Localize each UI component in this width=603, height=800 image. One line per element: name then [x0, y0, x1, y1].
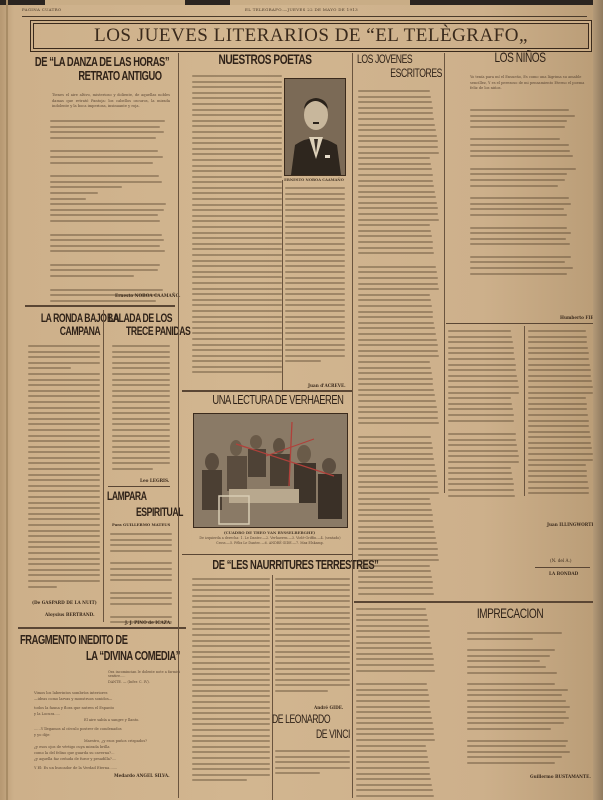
text-line — [358, 442, 432, 444]
text-line — [358, 542, 437, 544]
divider-fragmento — [18, 627, 186, 629]
jovenes-title-1: LOS JOVENES — [357, 53, 418, 65]
text-line — [358, 570, 431, 572]
text-line — [356, 658, 434, 660]
text-line — [358, 180, 433, 182]
text-line — [358, 576, 432, 578]
text-line — [358, 112, 433, 114]
text-line — [356, 625, 429, 627]
text-line — [448, 352, 514, 354]
text-line — [358, 96, 431, 98]
running-title: EL TELEGRAFO.—JUEVES 22 DE MAYO DE 1913 — [22, 7, 581, 12]
text-line — [528, 341, 587, 343]
text-line — [358, 146, 438, 148]
text-line — [358, 417, 438, 419]
text-line — [448, 403, 512, 405]
text-line — [358, 394, 435, 396]
danza-body-lines — [50, 120, 170, 305]
text-line — [528, 431, 590, 433]
divider-ninos — [446, 323, 596, 324]
lampara-title-1: LAMPARA — [107, 490, 157, 502]
article-danza: DE “LA DANZA DE LAS HORAS” RETRATO ANTIG… — [30, 55, 175, 82]
text-line — [356, 739, 435, 741]
article-vermaeren: UNA LECTURA DE VERHAEREN — [190, 393, 350, 406]
fold-line — [6, 0, 8, 800]
scan-top-border — [0, 0, 603, 5]
text-line — [358, 481, 438, 483]
text-line — [448, 461, 519, 463]
text-line — [528, 492, 589, 494]
text-line — [358, 565, 430, 567]
ninos-title: LOS NIÑOS — [470, 50, 571, 64]
leonardo-title-1: DE LEONARDO — [272, 713, 330, 725]
text-line — [448, 375, 517, 377]
nourritures-body-lines-2 — [275, 578, 350, 695]
divider-col1 — [25, 305, 175, 307]
text-line — [448, 341, 513, 343]
text-line — [358, 378, 433, 380]
col-divider-1 — [178, 53, 179, 798]
text-line — [358, 389, 434, 391]
text-line — [448, 472, 512, 474]
text-line — [358, 422, 439, 424]
ronda-byline: (De GASPARD DE LA NUIT) — [32, 600, 97, 605]
lampara-dedication: Para GUILLERMO MATEUS — [112, 522, 170, 527]
text-line — [528, 392, 593, 394]
text-line — [358, 344, 438, 346]
text-line — [358, 464, 435, 466]
ronda-author: Aloysius BERTRAND. — [45, 612, 95, 617]
article-imprecacion: IMPRECACION — [440, 606, 580, 620]
col-divider-2 — [352, 53, 353, 798]
text-line — [358, 252, 434, 254]
fragmento-epigraph-source: DANTE. — (Infer. C. IV). — [108, 680, 180, 686]
sidebar-note: (N. del A.) — [550, 558, 572, 563]
text-line — [448, 450, 518, 452]
text-line — [358, 157, 430, 159]
text-line — [528, 470, 587, 472]
text-line — [358, 436, 431, 438]
col-divider-nourritures — [272, 575, 273, 800]
lampara-body-lines — [110, 533, 172, 632]
text-line — [358, 107, 433, 109]
fragmento-verses: Vimos los laberintos sombríos interiores… — [34, 690, 184, 771]
article-nourritures: DE “LES NAURRITURES TERRESTRES” — [190, 558, 350, 571]
text-line — [356, 750, 427, 752]
text-line — [358, 458, 434, 460]
text-line — [448, 483, 514, 485]
text-line — [356, 642, 431, 644]
text-line — [528, 403, 587, 405]
article-poetas: NUESTROS POETAS — [190, 52, 340, 66]
text-line — [358, 339, 437, 341]
text-line — [358, 350, 438, 352]
text-line — [356, 689, 428, 691]
text-line — [356, 728, 434, 730]
text-line — [358, 503, 431, 505]
text-line — [448, 433, 516, 435]
poetas-body-lines-2 — [285, 187, 345, 366]
text-line — [358, 135, 437, 137]
text-line — [358, 559, 439, 561]
poetas-title: NUESTROS POETAS — [211, 52, 319, 66]
text-line — [528, 336, 587, 338]
text-line — [356, 717, 432, 719]
sidebar-author-1: Juan ILLINGWORTH — [547, 522, 595, 527]
fragmento-title-2: LA “DIVINA COMEDIA” — [65, 649, 180, 662]
fragmento-title-1: FRAGMENTO INEDITO DE — [20, 633, 142, 646]
text-line — [356, 733, 434, 735]
text-line — [528, 464, 586, 466]
text-line — [448, 420, 514, 422]
reading-scene-icon — [194, 414, 347, 527]
text-line — [358, 140, 438, 142]
text-line — [356, 711, 431, 713]
text-line — [358, 470, 436, 472]
divider-imprecacion — [354, 601, 594, 603]
text-line — [448, 489, 514, 491]
text-line — [358, 191, 435, 193]
divider-bondad — [535, 567, 590, 568]
text-line — [358, 531, 435, 533]
text-line — [358, 277, 438, 279]
text-line — [356, 670, 435, 672]
text-line — [448, 444, 517, 446]
text-line — [358, 406, 437, 408]
text-line — [358, 124, 435, 126]
text-line — [448, 455, 519, 457]
vermaeren-caption-title: (CUADRO DE THEO VAN RYSSELBERGHE) — [193, 530, 346, 535]
text-line — [448, 336, 512, 338]
author-portrait-photo — [284, 78, 346, 176]
col4-body-lines-a — [448, 330, 520, 500]
text-line — [358, 213, 438, 215]
text-line — [528, 352, 589, 354]
text-line — [358, 383, 433, 385]
vermaeren-caption-text: De izquierda a derecha: 1. Le Dantec.—2.… — [195, 536, 345, 546]
text-line — [356, 653, 433, 655]
text-line — [358, 235, 432, 237]
text-line — [358, 537, 436, 539]
portrait-caption: ERNESTO NOBOA CAAMAÑO — [283, 178, 345, 182]
text-line — [358, 101, 432, 103]
text-line — [356, 694, 429, 696]
text-line — [448, 380, 518, 382]
text-line — [448, 369, 516, 371]
text-line — [448, 414, 514, 416]
text-line — [358, 163, 431, 165]
masthead-title: LOS JUEVES LITERARIOS DE “EL TELÈGRAFO„ — [94, 25, 528, 47]
text-line — [356, 647, 432, 649]
text-line — [448, 392, 519, 394]
balada-body-lines — [112, 345, 170, 474]
text-line — [528, 358, 589, 360]
text-line — [528, 347, 588, 349]
text-line — [528, 414, 588, 416]
text-line — [358, 224, 430, 226]
lampara-author: J. J. PINO de ICAZA. — [125, 620, 172, 625]
text-line — [356, 608, 426, 610]
col-divider-3 — [444, 53, 445, 493]
text-line — [528, 330, 586, 332]
text-line — [358, 174, 433, 176]
text-line — [358, 581, 433, 583]
text-line — [448, 478, 513, 480]
text-line — [358, 587, 433, 589]
leonardo-title-2: DE VINCI — [294, 728, 350, 740]
divider-nourritures — [182, 554, 352, 555]
article-lampara: LAMPARA ESPIRITUAL — [107, 490, 177, 518]
text-line — [358, 230, 431, 232]
text-line — [358, 311, 433, 313]
text-line — [358, 548, 438, 550]
text-line — [358, 453, 433, 455]
vermaeren-title: UNA LECTURA DE VERHAEREN — [212, 393, 327, 406]
text-line — [528, 380, 592, 382]
text-line — [358, 207, 438, 209]
text-line — [528, 475, 587, 477]
poetas-author: Juan d'ACREVE. — [308, 383, 346, 388]
nourritures-author: André GIDE. — [314, 705, 343, 710]
text-line — [528, 364, 590, 366]
text-line — [358, 514, 433, 516]
text-line — [356, 683, 427, 685]
text-line — [356, 630, 430, 632]
text-line — [358, 247, 433, 249]
text-line — [356, 756, 428, 758]
text-line — [358, 520, 433, 522]
balada-title-2: TRECE PANIDAS — [126, 325, 175, 337]
text-line — [358, 202, 437, 204]
article-ninos: LOS NIÑOS — [450, 50, 590, 64]
text-line — [356, 700, 430, 702]
text-line — [356, 722, 433, 724]
text-line — [528, 442, 591, 444]
text-line — [448, 439, 516, 441]
text-line — [528, 397, 586, 399]
col3-lower-lines — [356, 608, 436, 800]
imprecacion-author: Guillermo BUSTAMANTE. — [530, 774, 591, 779]
text-line — [358, 196, 436, 198]
col-divider-poetas — [282, 180, 283, 390]
text-line — [448, 358, 515, 360]
text-line — [358, 168, 432, 170]
danza-title-2: RETRATO ANTIGUO — [48, 69, 192, 82]
col-divider-4 — [524, 326, 525, 496]
text-line — [358, 152, 439, 154]
text-line — [358, 327, 435, 329]
text-line — [358, 283, 438, 285]
text-line — [358, 271, 437, 273]
col-divider-ronda — [103, 310, 104, 622]
text-line — [358, 294, 430, 296]
running-header: PAGINA CUATRO EL TELEGRAFO.—JUEVES 22 DE… — [22, 7, 581, 15]
text-line — [358, 593, 434, 595]
text-line — [358, 305, 432, 307]
danza-excerpt: Tienes el aire altivo, misterioso y doli… — [52, 93, 170, 110]
text-line — [358, 486, 438, 488]
text-line — [358, 400, 436, 402]
text-line — [356, 706, 430, 708]
text-line — [358, 118, 434, 120]
text-line — [528, 425, 589, 427]
jovenes-title-2: ESCRITORES — [381, 67, 442, 79]
text-line — [356, 761, 429, 763]
text-line — [528, 408, 587, 410]
text-line — [448, 386, 519, 388]
text-line — [448, 408, 513, 410]
text-line — [358, 498, 430, 500]
text-line — [358, 475, 437, 477]
text-line — [528, 436, 591, 438]
text-line — [356, 789, 433, 791]
text-line — [358, 554, 438, 556]
jovenes-body-lines — [358, 90, 440, 598]
verse-line: Y El: Es un buscador de la Verdad Eterna… — [34, 765, 184, 771]
col4-body-lines-b — [528, 330, 594, 498]
lampara-title-2: ESPIRITUAL — [128, 506, 183, 518]
article-balada: BALADA DE LOS TRECE PANIDAS — [107, 312, 187, 337]
text-line — [358, 288, 439, 290]
text-line — [356, 619, 428, 621]
text-line — [356, 778, 431, 780]
text-line — [358, 219, 439, 221]
text-line — [448, 467, 511, 469]
text-line — [528, 375, 591, 377]
text-line — [448, 347, 514, 349]
page-edge-shadow — [593, 0, 603, 800]
imprecacion-title: IMPRECACION — [460, 606, 561, 620]
fragmento-author: Medardo ANGEL SILVA. — [114, 773, 170, 778]
text-line — [358, 361, 430, 363]
verse-line: —ideas como larvas y monstruos sonidos— — [34, 696, 184, 702]
text-line — [528, 369, 591, 371]
text-line — [356, 784, 432, 786]
text-line — [356, 745, 426, 747]
text-line — [448, 364, 516, 366]
text-line — [528, 481, 588, 483]
text-line — [528, 459, 593, 461]
verse-line: ¿y aquella faz ceñuda de furor y pesadil… — [34, 756, 184, 762]
verse-line: El aire sabía a sangre y llanto. — [34, 717, 184, 723]
text-line — [358, 526, 434, 528]
text-line — [356, 795, 434, 797]
text-line — [358, 90, 430, 92]
leonardo-body-lines — [275, 750, 350, 778]
article-ronda: LA RONDA BAJO LA CAMPANA — [25, 312, 105, 337]
poetas-body-lines — [192, 75, 282, 377]
nourritures-body-lines-1 — [192, 578, 270, 785]
text-line — [356, 614, 427, 616]
text-line — [358, 411, 438, 413]
newspaper-page: PAGINA CUATRO EL TELEGRAFO.—JUEVES 22 DE… — [0, 0, 603, 800]
danza-title-1: DE “LA DANZA DE LAS HORAS” — [30, 55, 174, 68]
fragmento-epigraph: Ora incomincian le dolente note a farmis… — [108, 670, 180, 679]
portrait-figure-icon — [285, 79, 345, 175]
imprecacion-body-lines — [467, 632, 577, 767]
text-line — [358, 372, 432, 374]
text-line — [358, 129, 436, 131]
balada-author: Leo LEGRIS. — [140, 478, 169, 483]
balada-title-1: BALADA DE LOS — [107, 312, 165, 324]
article-jovenes: LOS JOVENES ESCRITORES — [357, 53, 442, 79]
text-line — [448, 397, 511, 399]
text-line — [358, 447, 433, 449]
text-line — [358, 355, 439, 357]
ninos-body-lines — [470, 103, 580, 278]
text-line — [528, 420, 589, 422]
text-line — [358, 316, 433, 318]
text-line — [358, 241, 433, 243]
ninos-excerpt: Yo tenía para mí el Ensueño, Es como una… — [470, 75, 585, 92]
text-line — [528, 487, 589, 489]
header-rule — [22, 16, 587, 17]
divider-balada — [108, 486, 170, 487]
text-line — [448, 495, 515, 497]
text-line — [358, 266, 436, 268]
article-leonardo: DE LEONARDO DE VINCI — [272, 713, 352, 740]
text-line — [358, 185, 434, 187]
verhaeren-painting — [193, 413, 348, 528]
masthead-box: LOS JUEVES LITERARIOS DE “EL TELÈGRAFO„ — [30, 20, 592, 52]
text-line — [358, 322, 434, 324]
text-line — [358, 509, 432, 511]
text-line — [528, 453, 593, 455]
danza-author: Ernesto NOBOA CAAMAÑO. — [115, 293, 181, 298]
text-line — [358, 299, 431, 301]
text-line — [528, 447, 592, 449]
nourritures-title: DE “LES NAURRITURES TERRESTRES” — [212, 558, 327, 571]
ronda-body-lines — [28, 345, 100, 591]
text-line — [356, 767, 430, 769]
text-line — [356, 773, 430, 775]
sidebar-subtitle: LA BONDAD — [549, 571, 578, 576]
text-line — [356, 636, 430, 638]
text-line — [358, 367, 431, 369]
text-line — [358, 333, 436, 335]
text-line — [528, 386, 593, 388]
article-fragmento: FRAGMENTO INEDITO DE LA “DIVINA COMEDIA” — [20, 633, 190, 662]
text-line — [448, 330, 511, 332]
text-line — [356, 664, 434, 666]
text-line — [358, 492, 439, 494]
